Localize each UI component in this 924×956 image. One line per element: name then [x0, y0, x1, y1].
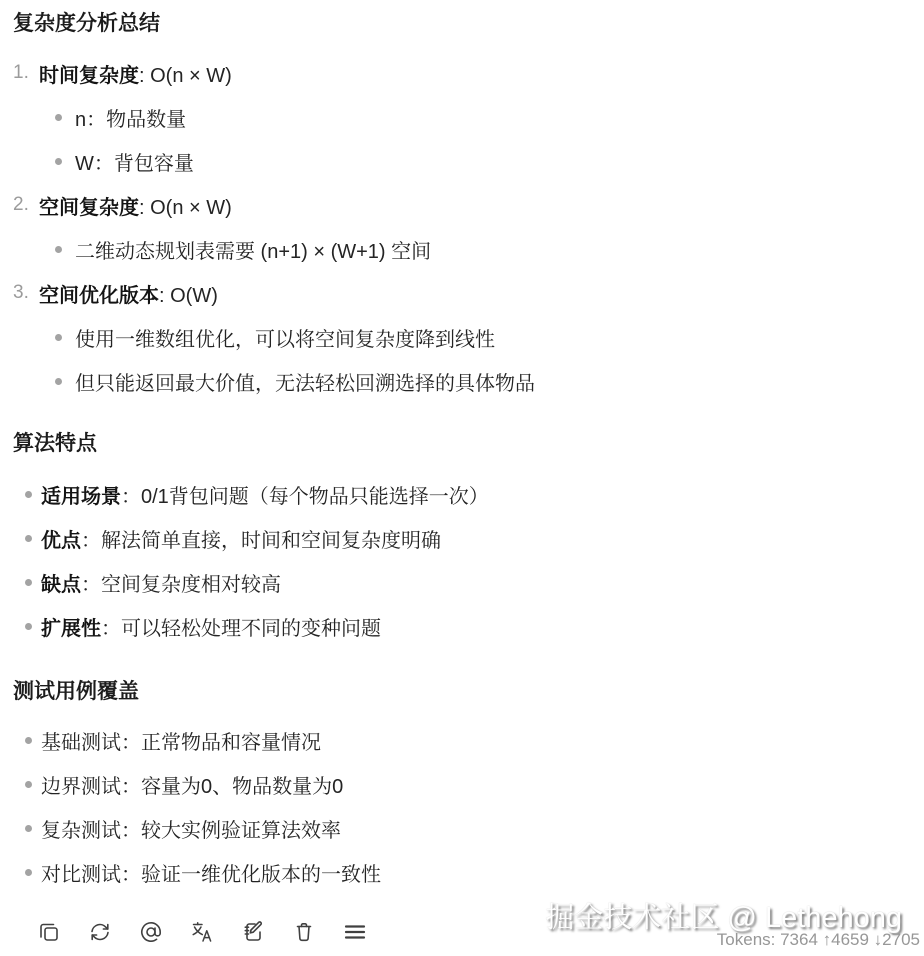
sub-bullet: 但只能返回最大价值，无法轻松回溯选择的具体物品 — [13, 359, 914, 403]
feature-text: 适用场景：0/1背包问题（每个物品只能选择一次） — [41, 480, 489, 509]
message-toolbar — [13, 910, 914, 954]
feature-bullet: 缺点：空间复杂度相对较高 — [13, 560, 914, 604]
feature-rest: ：可以轻松处理不同的变种问题 — [101, 618, 381, 640]
heading-text: 算法特点 — [13, 427, 97, 457]
item-text: 空间复杂度: O(n × W) — [39, 191, 232, 220]
bullet-icon — [55, 246, 62, 253]
section-heading-tests: 测试用例覆盖 — [13, 668, 914, 712]
bullet-icon — [25, 491, 32, 498]
sub-bullet: 二维动态规划表需要 (n+1) × (W+1) 空间 — [13, 227, 914, 271]
translate-button[interactable] — [189, 919, 215, 945]
feature-bold: 优点 — [41, 530, 81, 552]
feature-rest: ：空间复杂度相对较高 — [81, 574, 281, 596]
test-bullet: 边界测试：容量为0、物品数量为0 — [13, 762, 914, 806]
section-heading-features: 算法特点 — [13, 420, 914, 464]
sub-bullet-text: 二维动态规划表需要 (n+1) × (W+1) 空间 — [75, 235, 431, 264]
bullet-icon — [25, 869, 32, 876]
feature-text: 扩展性：可以轻松处理不同的变种问题 — [41, 612, 381, 641]
bullet-icon — [25, 781, 32, 788]
test-text: 基础测试：正常物品和容量情况 — [41, 726, 321, 755]
section-heading-summary: 复杂度分析总结 — [13, 0, 914, 44]
feature-bullet: 扩展性：可以轻松处理不同的变种问题 — [13, 604, 914, 648]
feature-bullet: 适用场景：0/1背包问题（每个物品只能选择一次） — [13, 472, 914, 516]
item-bold: 空间优化版本 — [39, 285, 159, 307]
feature-rest: ：解法简单直接，时间和空间复杂度明确 — [81, 530, 441, 552]
item-text: 时间复杂度: O(n × W) — [39, 59, 232, 88]
bullet-icon — [25, 535, 32, 542]
copy-icon — [37, 920, 61, 944]
bullet-icon — [55, 158, 62, 165]
sub-bullet-text: n：物品数量 — [75, 103, 186, 132]
regenerate-icon — [88, 920, 112, 944]
menu-icon — [342, 920, 368, 944]
menu-button[interactable] — [342, 919, 368, 945]
delete-button[interactable] — [291, 919, 317, 945]
sub-bullet-text: 但只能返回最大价值，无法轻松回溯选择的具体物品 — [75, 367, 535, 396]
feature-rest: ：0/1背包问题（每个物品只能选择一次） — [121, 486, 489, 508]
test-text: 复杂测试：较大实例验证算法效率 — [41, 814, 341, 843]
sub-bullet: 使用一维数组优化，可以将空间复杂度降到线性 — [13, 315, 914, 359]
translate-icon — [190, 920, 214, 944]
bullet-icon — [25, 623, 32, 630]
feature-bold: 扩展性 — [41, 618, 101, 640]
item-bold: 空间复杂度 — [39, 197, 139, 219]
heading-text: 测试用例覆盖 — [13, 675, 139, 705]
sub-bullet-text: W：背包容量 — [75, 147, 194, 176]
regenerate-button[interactable] — [87, 919, 113, 945]
sub-bullet-text: 使用一维数组优化，可以将空间复杂度降到线性 — [75, 323, 495, 352]
feature-bold: 缺点 — [41, 574, 81, 596]
feature-text: 优点：解法简单直接，时间和空间复杂度明确 — [41, 524, 441, 553]
bullet-icon — [55, 334, 62, 341]
test-text: 对比测试：验证一维优化版本的一致性 — [41, 858, 381, 887]
bullet-icon — [25, 825, 32, 832]
item-rest: : O(n × W) — [139, 65, 232, 87]
bullet-icon — [55, 378, 62, 385]
feature-bullet: 优点：解法简单直接，时间和空间复杂度明确 — [13, 516, 914, 560]
item-text: 空间优化版本: O(W) — [39, 279, 218, 308]
bullet-icon — [25, 737, 32, 744]
test-bullet: 复杂测试：较大实例验证算法效率 — [13, 806, 914, 850]
copy-button[interactable] — [36, 919, 62, 945]
message-content: 复杂度分析总结 1. 时间复杂度: O(n × W) n：物品数量 W：背包容量… — [0, 0, 924, 954]
mention-button[interactable] — [138, 919, 164, 945]
sub-bullet: n：物品数量 — [13, 95, 914, 139]
delete-icon — [292, 920, 316, 944]
numbered-item-2: 2. 空间复杂度: O(n × W) — [13, 183, 914, 227]
feature-bold: 适用场景 — [41, 486, 121, 508]
test-bullet: 基础测试：正常物品和容量情况 — [13, 718, 914, 762]
numbered-item-1: 1. 时间复杂度: O(n × W) — [13, 51, 914, 95]
item-rest: : O(W) — [159, 285, 218, 307]
bullet-icon — [55, 114, 62, 121]
feature-text: 缺点：空间复杂度相对较高 — [41, 568, 281, 597]
list-number: 2. — [13, 194, 39, 216]
heading-text: 复杂度分析总结 — [13, 7, 160, 37]
list-number: 3. — [13, 282, 39, 304]
numbered-item-3: 3. 空间优化版本: O(W) — [13, 271, 914, 315]
bullet-icon — [25, 579, 32, 586]
item-rest: : O(n × W) — [139, 197, 232, 219]
mention-icon — [139, 920, 163, 944]
item-bold: 时间复杂度 — [39, 65, 139, 87]
list-number: 1. — [13, 62, 39, 84]
sub-bullet: W：背包容量 — [13, 139, 914, 183]
edit-note-icon — [241, 920, 265, 944]
edit-note-button[interactable] — [240, 919, 266, 945]
test-bullet: 对比测试：验证一维优化版本的一致性 — [13, 850, 914, 894]
test-text: 边界测试：容量为0、物品数量为0 — [41, 770, 343, 799]
